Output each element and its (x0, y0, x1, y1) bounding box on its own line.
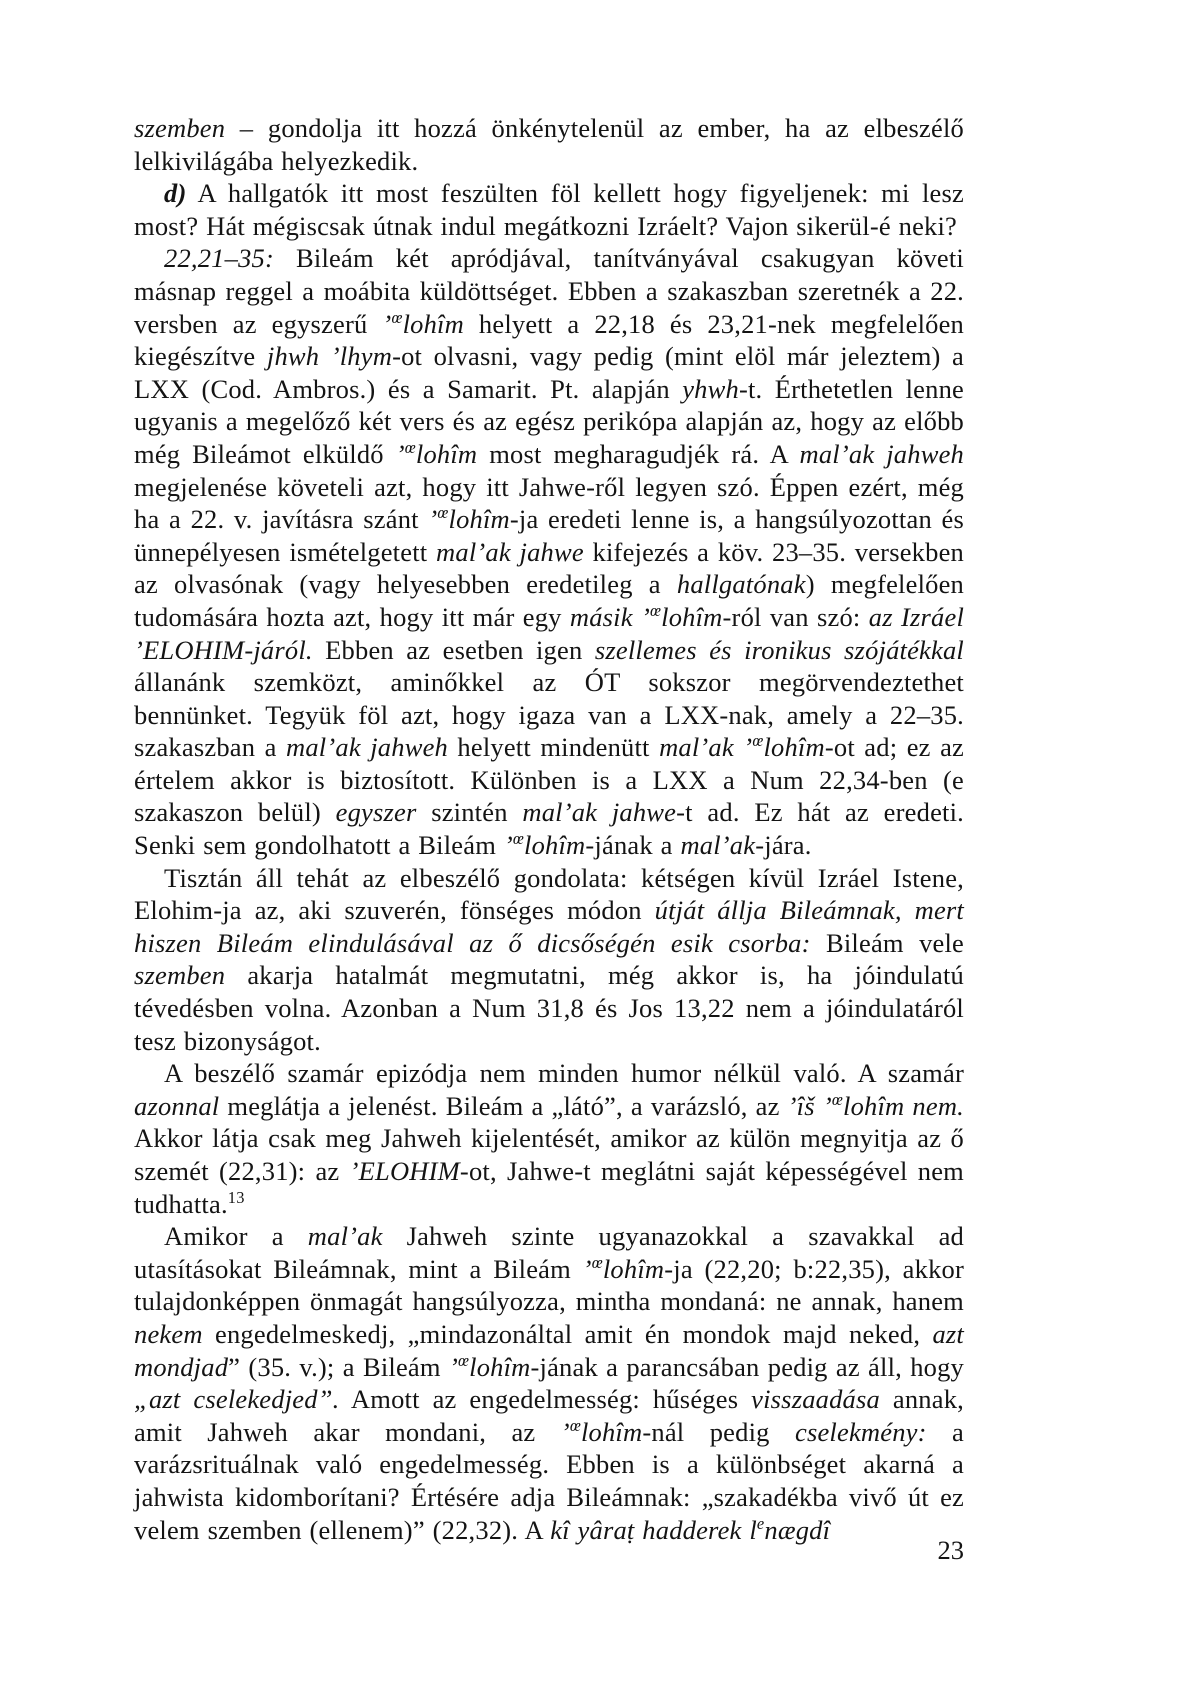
text-segment: jhwh ’lhym (267, 341, 392, 371)
text-segment: œ (513, 829, 524, 848)
text-segment: -jának a (585, 830, 680, 860)
text-segment: meglátja a jelenést. Bileám a „látó”, a … (219, 1091, 787, 1121)
text-segment: helyett mindenütt (448, 732, 659, 762)
text-segment: mal’ak (308, 1221, 383, 1251)
text-segment: A hallgatók itt most feszülten föl kelle… (134, 178, 964, 241)
text-segment: ’ (449, 1352, 458, 1382)
text-segment: lohîm (763, 732, 824, 762)
book-page: szemben – gondolja itt hozzá önkénytelen… (0, 0, 1191, 1687)
text-segment: œ (458, 1351, 469, 1370)
text-segment: akarja hatalmát megmutatni, még akkor is… (134, 960, 964, 1055)
text-segment: mal’ak jahweh (800, 439, 964, 469)
text-segment: nekem (134, 1319, 203, 1349)
text-segment: mal’ak jahweh (286, 732, 448, 762)
text-segment: lohîm (403, 309, 464, 339)
text-segment: ’ (396, 439, 405, 469)
text-segment: -nál pedig (642, 1417, 795, 1447)
text-segment: engedelmeskedj, „mindazonáltal amit én m… (203, 1319, 933, 1349)
text-segment: 22,21–35: (164, 243, 274, 273)
text-segment: œ (592, 1253, 603, 1272)
text-segment: A beszélő szamár epizódja nem minden hum… (164, 1058, 964, 1088)
text-segment: mal’ak ’ (659, 732, 752, 762)
text-segment: Bileám vele (811, 928, 964, 958)
text-segment: œ (405, 438, 416, 457)
paragraph: Tisztán áll tehát az elbeszélő gondolata… (134, 862, 964, 1058)
text-segment: -jára. (755, 830, 811, 860)
text-segment: visszaadása (751, 1384, 880, 1414)
text-segment: most megharagudjék rá. A (477, 439, 799, 469)
text-segment: œ (832, 1090, 843, 1109)
text-segment: – gondolja itt hozzá önkénytelenül az em… (134, 113, 964, 176)
text-segment: œ (650, 601, 661, 620)
text-segment: másik ’ (570, 602, 650, 632)
text-segment: œ (391, 308, 402, 327)
text-segment: ’ (428, 504, 437, 534)
paragraph: d) A hallgatók itt most feszülten föl ke… (134, 177, 964, 242)
text-segment: ’ (583, 1254, 592, 1284)
text-segment: œ (437, 503, 448, 522)
text-segment: lohîm (581, 1417, 642, 1447)
text-segment: lohîm (449, 504, 510, 534)
text-segment: szemben (134, 113, 225, 143)
text-segment: azonnal (134, 1091, 219, 1121)
text-segment: Amikor a (164, 1221, 308, 1251)
text-segment: lohîm (661, 602, 722, 632)
text-segment: mal’ak jahwe (522, 797, 676, 827)
text-segment: szellemes és ironikus szójátékkal (595, 635, 964, 665)
paragraph: Amikor a mal’ak Jahweh szinte ugyanazokk… (134, 1220, 964, 1546)
text-segment: ’ (504, 830, 513, 860)
text-segment: 13 (228, 1188, 245, 1207)
text-segment: ’îš ’ (788, 1091, 832, 1121)
text-segment: Amott az engedelmesség: hűséges (339, 1384, 751, 1414)
text-segment: lohîm nem. (843, 1091, 964, 1121)
text-segment: -jának a parancsában pedig az áll, hogy (531, 1352, 965, 1382)
text-segment: Ebben az esetben igen (313, 635, 595, 665)
text-segment: lohîm (603, 1254, 664, 1284)
text-segment: œ (752, 731, 763, 750)
text-segment: „azt cselekedjed”. (134, 1384, 339, 1414)
text-segment: ’ELOHIM (350, 1156, 460, 1186)
text-segment: lohîm (416, 439, 477, 469)
text-segment: lohîm (524, 830, 585, 860)
text-segment: szemben (134, 960, 225, 990)
paragraph: A beszélő szamár epizódja nem minden hum… (134, 1057, 964, 1220)
text-segment: ” (35. v.); a Bileám (228, 1352, 449, 1382)
text-segment: œ (570, 1416, 581, 1435)
text-segment: yhwh (682, 374, 739, 404)
text-segment: egyszer (336, 797, 417, 827)
page-number: 23 (134, 1535, 964, 1566)
text-segment: d) (164, 178, 186, 208)
paragraph: 22,21–35: Bileám két apródjával, tanítvá… (134, 242, 964, 861)
text-segment: hallgatónak (677, 569, 806, 599)
text-segment: lohîm (469, 1352, 530, 1382)
text-segment: ’ (561, 1417, 570, 1447)
text-block: szemben – gondolja itt hozzá önkénytelen… (134, 112, 964, 1546)
text-segment: -ról van szó: (723, 602, 869, 632)
text-segment: cselekmény: (795, 1417, 927, 1447)
text-segment: szintén (417, 797, 523, 827)
text-segment: mal’ak jahwe (436, 537, 584, 567)
paragraph: szemben – gondolja itt hozzá önkénytelen… (134, 112, 964, 177)
text-segment: mal’ak (680, 830, 755, 860)
